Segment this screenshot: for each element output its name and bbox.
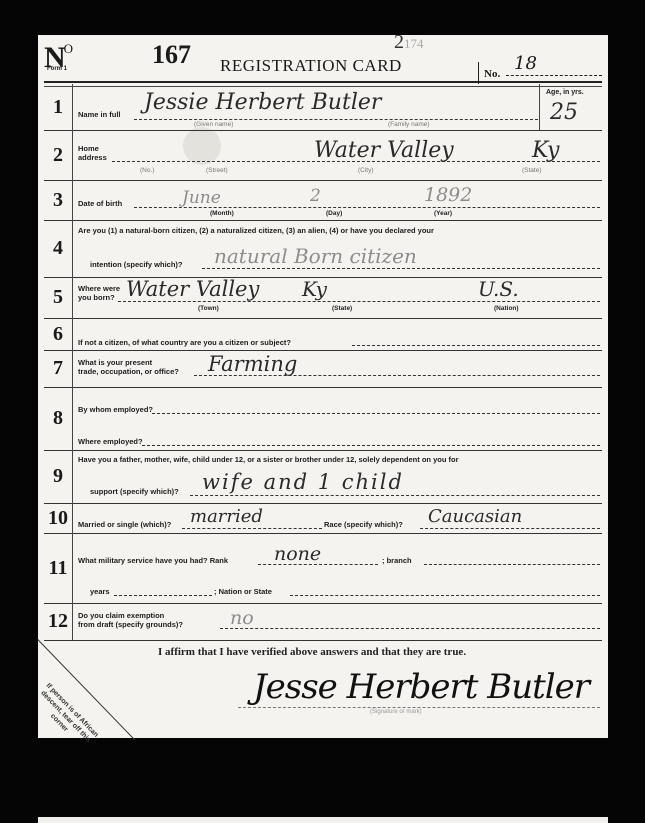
birth-nation-value: U.S. [478, 277, 519, 301]
years-label: years [90, 587, 110, 596]
row-number: 6 [44, 318, 73, 350]
exemption-value: no [230, 607, 254, 629]
race-value: Caucasian [428, 506, 522, 527]
marital-value: married [190, 506, 263, 527]
row-number: 9 [44, 450, 73, 503]
support-label: support (specify which)? [90, 487, 179, 496]
present-trade-label: What is your present [78, 358, 152, 367]
row-citizenship: 4 Are you (1) a natural-born citizen, (2… [44, 220, 602, 278]
serial-number: 167 [152, 40, 191, 70]
dependents-value: wife and 1 child [202, 470, 404, 494]
card-title: REGISTRATION CARD [220, 56, 402, 76]
name-value: Jessie Herbert Butler [144, 90, 381, 115]
signature-sublabel: (Signature or mark) [370, 709, 422, 715]
city-value: Water Valley [314, 138, 454, 163]
row-foreign-citizenship: 6 If not a citizen, of what country are … [44, 318, 602, 351]
citizenship-line [202, 268, 600, 269]
dependents-line [190, 495, 600, 496]
rank-value: none [274, 543, 321, 565]
age-box: Age, in yrs. 25 [539, 84, 602, 130]
employer-line [152, 413, 600, 414]
street-sublabel: (Street) [206, 167, 228, 174]
row-number: 2 [44, 130, 73, 180]
years-line [114, 595, 212, 596]
race-line [420, 528, 600, 529]
row-number: 12 [44, 603, 73, 640]
nation-sublabel: (Nation) [494, 305, 519, 312]
foreign-citizen-label: If not a citizen, of what country are yo… [78, 338, 291, 347]
birth-town-value: Water Valley [126, 277, 259, 301]
registrant-no-value: 18 [506, 53, 602, 76]
town-sublabel: (Town) [198, 305, 219, 312]
card-header: NO Form 1 167 REGISTRATION CARD 2174 No.… [38, 35, 608, 82]
signature: Jesse Herbert Butler [253, 667, 589, 707]
foreign-citizen-line [352, 345, 600, 346]
intention-label: intention (specify which)? [90, 260, 183, 269]
family-name-sublabel: (Family name) [388, 121, 430, 128]
year-sublabel: (Year) [434, 210, 452, 217]
marital-label: Married or single (which)? [78, 520, 171, 529]
name-label: Name in full [78, 110, 121, 119]
city-sublabel: (City) [358, 167, 374, 174]
row-number: 7 [44, 350, 73, 387]
birth-month-value: June [182, 188, 221, 208]
occupation-label: trade, occupation, or office? [78, 367, 179, 376]
row-number: 5 [44, 277, 73, 318]
row-number: 10 [44, 503, 73, 533]
state-sublabel: (State) [332, 305, 352, 312]
birth-state-value: Ky [302, 277, 327, 301]
address-label: address [78, 153, 107, 162]
row-number: 3 [44, 180, 73, 220]
citizenship-value: natural Born citizen [214, 244, 417, 268]
marital-line [182, 528, 322, 529]
row-occupation: 7 What is your present trade, occupation… [44, 350, 602, 388]
row-home-address: 2 Home address Water Valley Ky (No.) (St… [44, 130, 602, 181]
employment-place-label: Where employed? [78, 437, 143, 446]
affirmation-text: I affirm that I have verified above answ… [158, 646, 466, 658]
month-sublabel: (Month) [210, 210, 234, 217]
row-number: 4 [44, 220, 73, 277]
row-number: 11 [44, 533, 73, 603]
branch-label: ; branch [382, 556, 412, 565]
military-rank-label: What military service have you had? Rank [78, 556, 228, 565]
birthplace-line [118, 301, 600, 302]
registration-card: NO Form 1 167 REGISTRATION CARD 2174 No.… [38, 35, 608, 738]
name-line [134, 119, 538, 120]
no-sublabel: (No.) [140, 167, 154, 174]
row-number: 8 [44, 387, 73, 450]
you-born-label: you born? [78, 293, 115, 302]
employer-label: By whom employed? [78, 405, 153, 414]
dependents-question: Have you a father, mother, wife, child u… [78, 455, 459, 464]
row-name: 1 Name in full Jessie Herbert Butler (Gi… [44, 84, 602, 131]
state-sublabel: (State) [522, 167, 542, 174]
given-name-sublabel: (Given name) [194, 121, 233, 128]
age-value: 25 [550, 100, 578, 125]
signature-line [238, 707, 600, 708]
stamp-number: 2174 [394, 31, 424, 54]
day-sublabel: (Day) [326, 210, 342, 217]
next-card-edge [38, 817, 608, 823]
age-label: Age, in yrs. [546, 88, 584, 97]
occupation-value: Farming [208, 352, 297, 376]
birth-year-value: 1892 [424, 184, 472, 206]
registrant-no-label: No. [484, 68, 500, 80]
branch-line [424, 564, 600, 565]
where-were-label: Where were [78, 284, 120, 293]
row-number: 1 [44, 84, 73, 130]
employment-place-line [142, 445, 600, 446]
form-tag: Form 1 [47, 66, 67, 72]
nation-state-label: ; Nation or State [214, 587, 272, 596]
exemption-line [220, 628, 600, 629]
dob-label: Date of birth [78, 199, 122, 208]
citizenship-question: Are you (1) a natural-born citizen, (2) … [78, 226, 434, 235]
row-employer: 8 By whom employed? Where employed? [44, 387, 602, 451]
nation-state-line [290, 595, 600, 596]
row-military-service: 11 What military service have you had? R… [44, 533, 602, 604]
home-label: Home [78, 144, 99, 153]
race-label: Race (specify which)? [324, 520, 403, 529]
tear-off-corner-note: If person is of African descent, tear of… [25, 675, 107, 758]
exemption-label: Do you claim exemption [78, 611, 164, 620]
birth-day-value: 2 [310, 186, 321, 206]
exemption-grounds-label: from draft (specify grounds)? [78, 620, 183, 629]
row-marital-race: 10 Married or single (which)? married Ra… [44, 503, 602, 534]
row-birthplace: 5 Where were you born? Water Valley Ky U… [44, 277, 602, 319]
row-date-of-birth: 3 Date of birth June 2 1892 (Month) (Day… [44, 180, 602, 221]
row-exemption: 12 Do you claim exemption from draft (sp… [44, 603, 602, 641]
row-dependents: 9 Have you a father, mother, wife, child… [44, 450, 602, 504]
state-value: Ky [532, 138, 559, 163]
